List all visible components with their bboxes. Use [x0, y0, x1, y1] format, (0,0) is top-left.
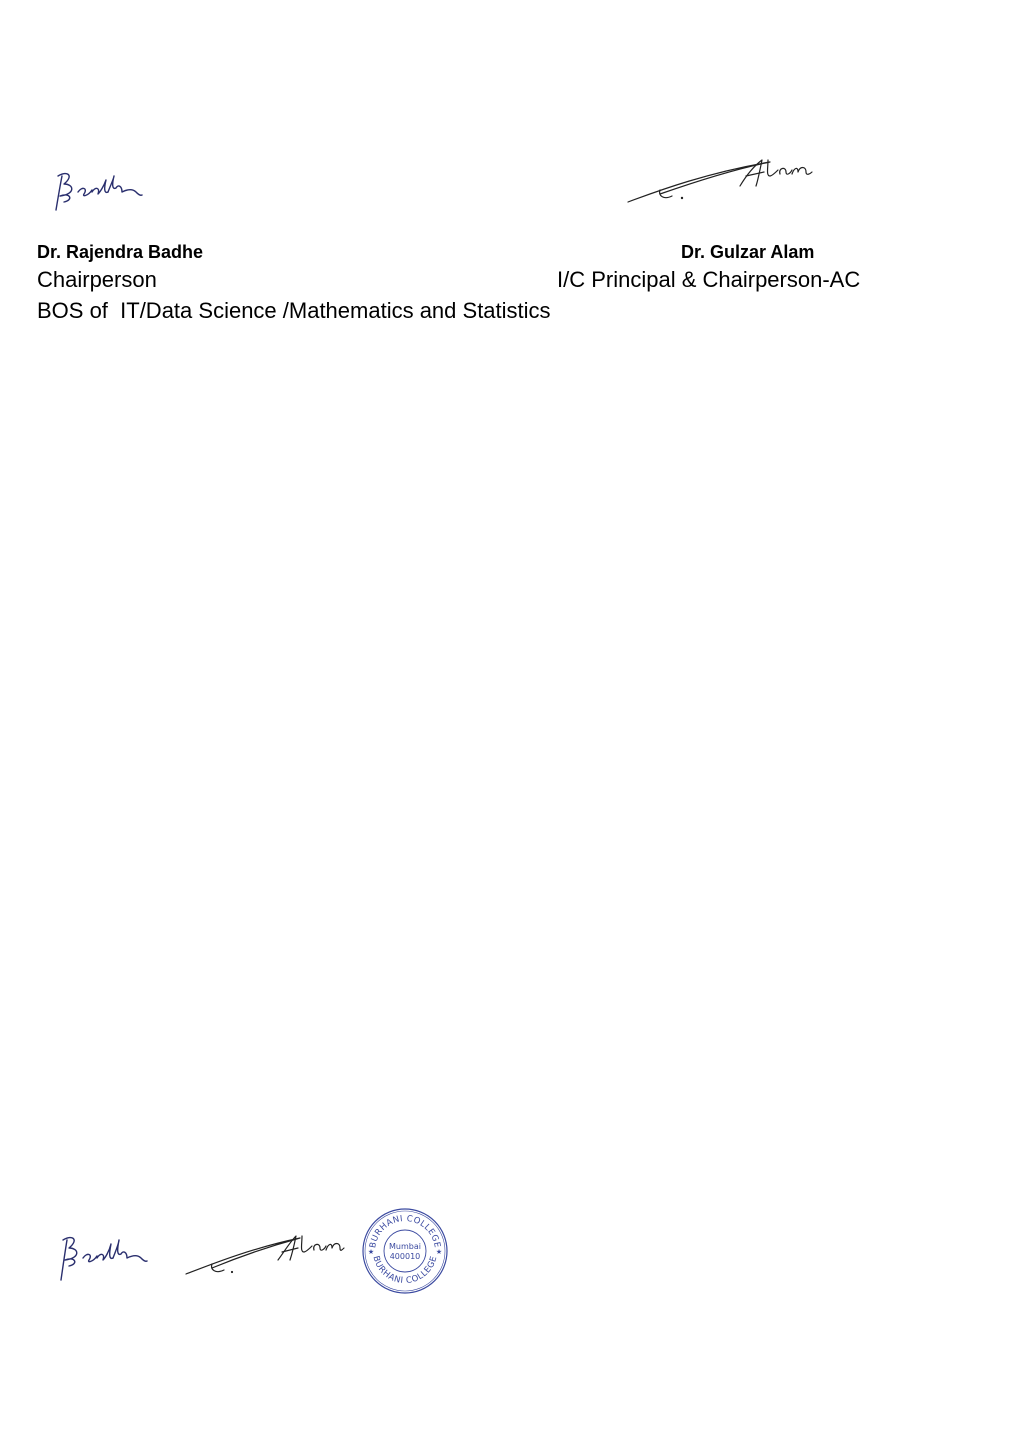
footer-signature-alam-icon — [182, 1230, 347, 1282]
seal-star-left-icon: ★ — [368, 1248, 374, 1256]
signatory-name-alam: Dr. Gulzar Alam — [681, 242, 814, 263]
footer-signature-badhe-icon — [55, 1232, 155, 1287]
seal-star-right-icon: ★ — [436, 1248, 442, 1256]
signature-badhe-icon — [50, 162, 150, 217]
signatory-role-alam: I/C Principal & Chairperson-AC — [557, 267, 860, 293]
seal-stamp-icon: BURHANI COLLEGE BURHANI COLLEGE Mumbai 4… — [361, 1207, 449, 1295]
seal-pincode: 400010 — [390, 1252, 421, 1261]
signatory-name-badhe: Dr. Rajendra Badhe — [37, 242, 203, 263]
seal-city: Mumbai — [389, 1242, 421, 1251]
signatory-role-badhe: Chairperson — [37, 267, 157, 293]
signatory-affiliation-badhe: BOS of IT/Data Science /Mathematics and … — [37, 298, 551, 324]
signature-alam-icon — [620, 150, 820, 210]
college-seal: BURHANI COLLEGE BURHANI COLLEGE Mumbai 4… — [361, 1207, 449, 1295]
